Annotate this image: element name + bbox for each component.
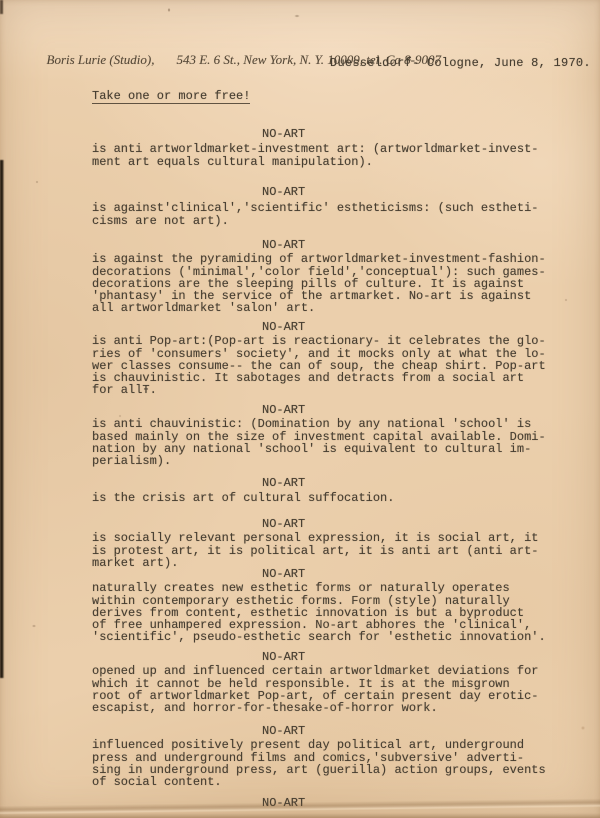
section-heading: NO-ART (262, 725, 546, 737)
section-body: is socially relevant personal expression… (92, 532, 538, 569)
dateline: Duesseldorf- Cologne, June 8, 1970. (330, 57, 591, 69)
no-art-section: NO-ART is the crisis art of cultural suf… (92, 477, 394, 505)
section-heading: NO-ART (262, 186, 538, 198)
no-art-section: NO-ART is anti artworldmarket-investment… (92, 128, 538, 168)
scan-edge-shadow (0, 160, 4, 678)
no-art-section: NO-ART naturally creates new esthetic fo… (92, 568, 546, 644)
no-art-section: NO-ART is socially relevant personal exp… (92, 518, 538, 569)
section-body: is anti artworldmarket-investment art: (… (92, 143, 538, 168)
section-body: is against'clinical','scientific' esthet… (92, 202, 538, 227)
no-art-section: NO-ART is anti Pop-art:(Pop-art is react… (92, 321, 546, 397)
section-body: is against the pyramiding of artworldmar… (92, 253, 546, 314)
section-body: naturally creates new esthetic forms or … (92, 582, 546, 643)
section-body: is anti Pop-art:(Pop-art is reactionary-… (92, 335, 546, 396)
section-heading: NO-ART (262, 568, 546, 580)
no-art-section: NO-ART is against the pyramiding of artw… (92, 239, 546, 315)
section-body: is the crisis art of cultural suffocatio… (92, 492, 394, 504)
section-heading: NO-ART (262, 128, 538, 140)
letterhead-studio: Boris Lurie (Studio), (47, 52, 155, 67)
section-heading: NO-ART (262, 404, 546, 416)
no-art-section: NO-ART influenced positively present day… (92, 725, 546, 788)
no-art-section: NO-ART is anti chauvinistic: (Domination… (92, 404, 546, 467)
section-heading: NO-ART (262, 651, 538, 663)
section-body: opened up and influenced certain artworl… (92, 665, 538, 714)
section-heading: NO-ART (262, 321, 546, 333)
section-heading: NO-ART (262, 477, 394, 489)
paper-bottom-edge (0, 813, 600, 818)
section-heading: NO-ART (262, 239, 546, 251)
tagline: Take one or more free! (92, 90, 250, 104)
no-art-section: NO-ART is against'clinical','scientific'… (92, 186, 538, 227)
no-art-section: NO-ART opened up and influenced certain … (92, 651, 538, 714)
scanned-document-page: { "document": { "letterhead": { "studio"… (0, 0, 600, 818)
scan-edge-mark (0, 0, 3, 14)
section-body: influenced positively present day politi… (92, 739, 546, 788)
section-body: is anti chauvinistic: (Domination by any… (92, 418, 546, 467)
section-heading: NO-ART (262, 518, 538, 530)
